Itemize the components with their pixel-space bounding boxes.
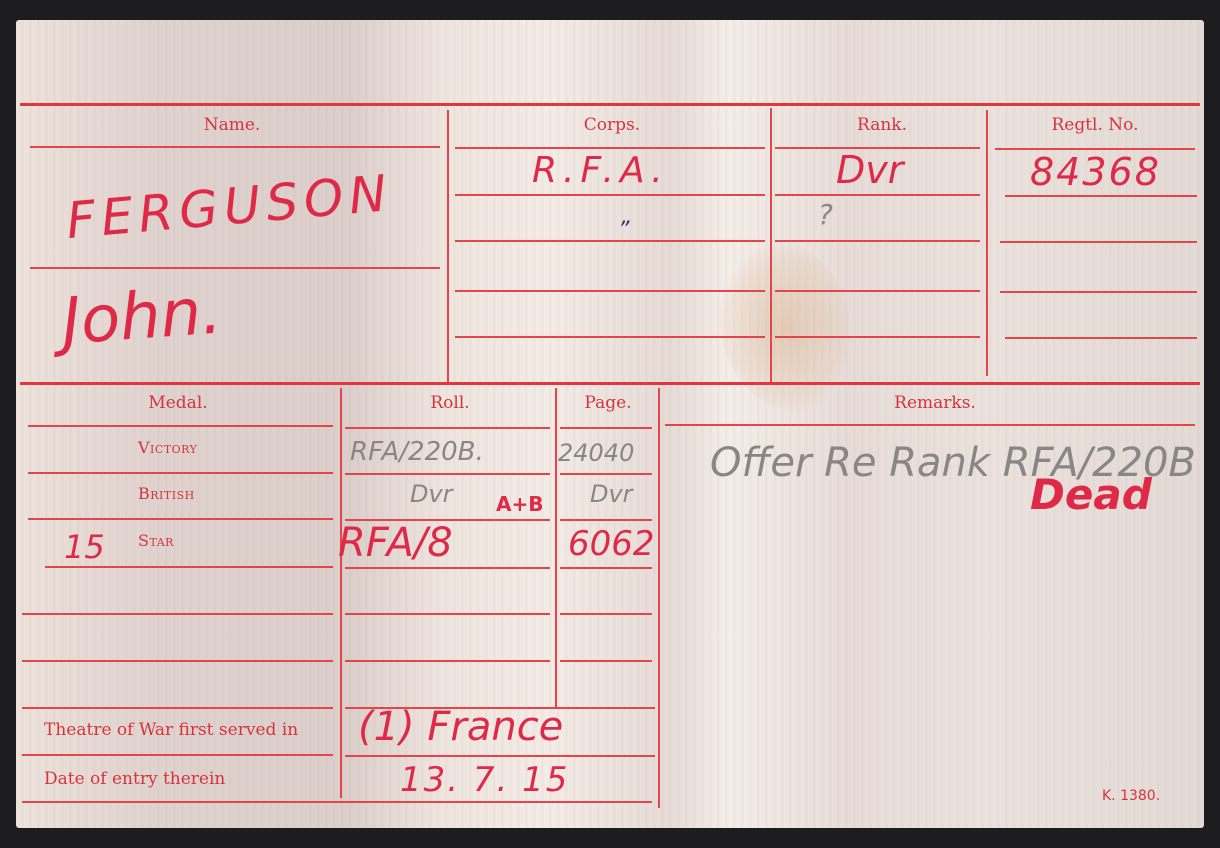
rank-value: Dvr: [836, 148, 903, 192]
rule: [345, 613, 550, 615]
rule: [345, 427, 550, 429]
rule: [345, 755, 655, 757]
star-roll-suffix: A+B: [496, 492, 543, 516]
rule: [455, 147, 765, 149]
rule: [560, 427, 652, 429]
rule: [22, 660, 333, 662]
header-roll: Roll.: [430, 393, 469, 413]
corps-ditto: ”: [618, 218, 629, 243]
rule-vertical: [340, 388, 342, 798]
rule: [455, 240, 765, 242]
corps-value: R.F.A.: [532, 150, 669, 191]
rule: [1000, 241, 1197, 243]
rule: [560, 613, 652, 615]
rule: [28, 472, 333, 474]
entry-date-value: 13. 7. 15: [400, 760, 569, 800]
rule: [22, 801, 652, 803]
rule: [30, 146, 440, 148]
rule-vertical: [555, 388, 557, 708]
rule: [560, 567, 652, 569]
regt-no-value: 84368: [1030, 150, 1161, 194]
theatre-value: (1) France: [358, 704, 563, 750]
victory-roll: RFA/220B.: [350, 437, 484, 467]
star-prefix: 15: [64, 528, 105, 566]
rule-middle: [20, 382, 1200, 385]
victory-page: 24040: [558, 439, 634, 467]
header-page: Page.: [584, 393, 631, 413]
rule-vertical: [658, 388, 660, 808]
header-remarks: Remarks.: [894, 393, 976, 413]
theatre-label: Theatre of War first served in: [44, 720, 298, 740]
rule: [560, 660, 652, 662]
rule: [455, 194, 765, 196]
rule: [28, 425, 333, 427]
rule: [1000, 291, 1197, 293]
header-medal: Medal.: [148, 393, 207, 413]
rule: [30, 267, 440, 269]
entry-date-label: Date of entry therein: [44, 769, 225, 789]
rule: [22, 707, 333, 709]
form-number: K. 1380.: [1102, 788, 1160, 804]
rule: [455, 290, 765, 292]
rule-vertical: [770, 108, 772, 382]
rule: [775, 194, 980, 196]
header-name: Name.: [204, 115, 261, 135]
rule-top: [20, 103, 1200, 106]
rule: [28, 518, 333, 520]
rule: [455, 336, 765, 338]
star-page: 6062: [568, 524, 655, 564]
header-corps: Corps.: [584, 115, 640, 135]
rule: [560, 519, 652, 521]
rule: [560, 473, 652, 475]
rule: [345, 660, 550, 662]
rule: [345, 567, 550, 569]
rule: [665, 424, 1195, 426]
rule-vertical: [447, 110, 449, 382]
star-roll: RFA/8: [338, 520, 453, 566]
british-roll: Dvr: [410, 480, 453, 508]
rule: [345, 473, 550, 475]
rule: [22, 613, 333, 615]
header-regt-no: Regtl. No.: [1051, 115, 1138, 135]
british-page: Dvr: [590, 480, 633, 508]
remarks-ink: Dead: [1030, 470, 1152, 519]
rule: [22, 754, 333, 756]
header-rank: Rank.: [857, 115, 907, 135]
rule: [45, 566, 333, 568]
medal-label-star: Star: [138, 531, 174, 550]
rule: [775, 240, 980, 242]
rule: [775, 290, 980, 292]
medal-label-british: British: [138, 484, 195, 503]
rule-vertical: [986, 110, 988, 376]
rule: [1005, 337, 1197, 339]
forename: John.: [60, 275, 224, 360]
rank-note: ?: [818, 198, 833, 231]
medal-label-victory: Victory: [138, 438, 197, 457]
rule: [1005, 195, 1197, 197]
rule: [775, 336, 980, 338]
